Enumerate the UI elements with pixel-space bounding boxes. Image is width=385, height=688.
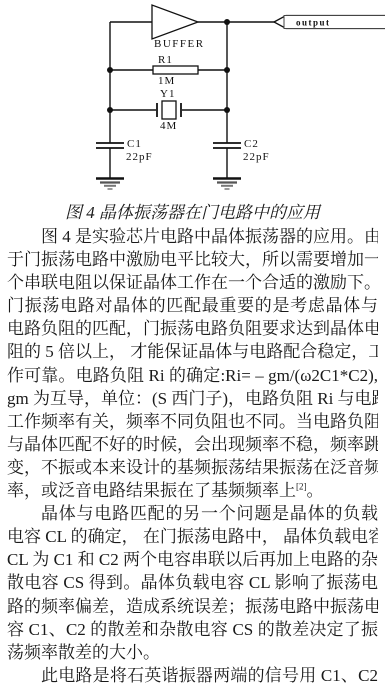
text-line: 率，或泛音电路结果振在了基频频率上[2]。 bbox=[7, 479, 378, 502]
circuit-diagram: BUFFER output R1 1M Y1 4M C1 22pF bbox=[0, 0, 385, 200]
c2-ref-label: C2 bbox=[244, 138, 259, 150]
c1-value-label: 22pF bbox=[126, 151, 153, 163]
body-text: 图 4 是实验芯片电路中晶体振荡器的应用。由 于门振荡电路中激励电平比较大，所以… bbox=[7, 225, 378, 687]
text-line: 荡频率散差的大小。 bbox=[7, 641, 378, 664]
text-line: 与晶体匹配不好的时候，会出现频率不稳，频率跳 bbox=[7, 433, 378, 456]
ground-icon bbox=[96, 179, 124, 190]
text-segment: 率，或泛音电路结果振在了基频频率上 bbox=[7, 481, 296, 500]
text-line: 容 C1、C2 的散差和杂散电容 CS 的散差决定了振 bbox=[7, 618, 378, 641]
junction-dot bbox=[107, 107, 113, 113]
citation-marker: [2] bbox=[296, 481, 307, 491]
junction-dot bbox=[107, 67, 113, 73]
y1-ref-label: Y1 bbox=[160, 88, 175, 100]
text-line: gm 为互导，单位：(S 西门子)，电路负阻 Ri 与电路 bbox=[7, 387, 378, 410]
text-line: 电容 CL 的确定， 在门振荡电路中， 晶体负载电容 bbox=[7, 525, 378, 548]
text-line: 晶体与电路匹配的另一个问题是晶体的负载 bbox=[7, 502, 378, 525]
text-line: 作可靠。电路负阻 Ri 的确定:Ri= – gm/(ω2C1*C2), bbox=[7, 364, 378, 387]
text-line: 路的频率偏差，造成系统误差；振荡电路中振荡电 bbox=[7, 595, 378, 618]
document-page: BUFFER output R1 1M Y1 4M C1 22pF bbox=[0, 0, 385, 688]
text-line: 电路负阻的匹配，门振荡电路负阻要求达到晶体电 bbox=[7, 317, 378, 340]
text-line: 此电路是将石英谐振器两端的信号用 C1、C2 bbox=[7, 664, 378, 687]
junction-dot bbox=[224, 19, 230, 25]
figure-caption: 图 4 晶体振荡器在门电路中的应用 bbox=[7, 201, 378, 225]
text-line: 门振荡电路对晶体的匹配最重要的是考虑晶体与 bbox=[7, 294, 378, 317]
text-line: 变，不振或本来设计的基频振荡结果振荡在泛音频 bbox=[7, 456, 378, 479]
text-line: CL 为 C1 和 C2 两个电容串联以后再加上电路的杂 bbox=[7, 548, 378, 571]
c1-ref-label: C1 bbox=[127, 138, 142, 150]
text-line: 于门振荡电路中激励电平比较大，所以需要增加一 bbox=[7, 248, 378, 271]
buffer-label: BUFFER bbox=[154, 38, 205, 50]
crystal-y1-icon bbox=[162, 101, 176, 119]
text-line: 个串联电阻以保证晶体工作在一个合适的激励下。 bbox=[7, 271, 378, 294]
text-segment: 。 bbox=[307, 481, 324, 500]
r1-value-label: 1M bbox=[158, 75, 175, 87]
text-line: 图 4 是实验芯片电路中晶体振荡器的应用。由 bbox=[7, 225, 378, 248]
text-line: 散电容 CS 得到。晶体负载电容 CL 影响了振荡电 bbox=[7, 571, 378, 594]
junction-dot bbox=[224, 67, 230, 73]
text-line: 阻的 5 倍以上， 才能保证晶体与电路配合稳定，工 bbox=[7, 340, 378, 363]
output-label: output bbox=[296, 18, 331, 28]
text-line: 工作频率有关，频率不同负阻也不同。当电路负阻 bbox=[7, 410, 378, 433]
figure-crystal-oscillator-circuit: BUFFER output R1 1M Y1 4M C1 22pF bbox=[0, 0, 385, 200]
c2-value-label: 22pF bbox=[243, 151, 270, 163]
junction-dot bbox=[224, 107, 230, 113]
buffer-triangle-icon bbox=[152, 5, 198, 39]
ground-icon bbox=[213, 179, 241, 190]
resistor-r1-icon bbox=[153, 66, 198, 74]
y1-value-label: 4M bbox=[160, 120, 177, 132]
r1-ref-label: R1 bbox=[158, 54, 173, 66]
